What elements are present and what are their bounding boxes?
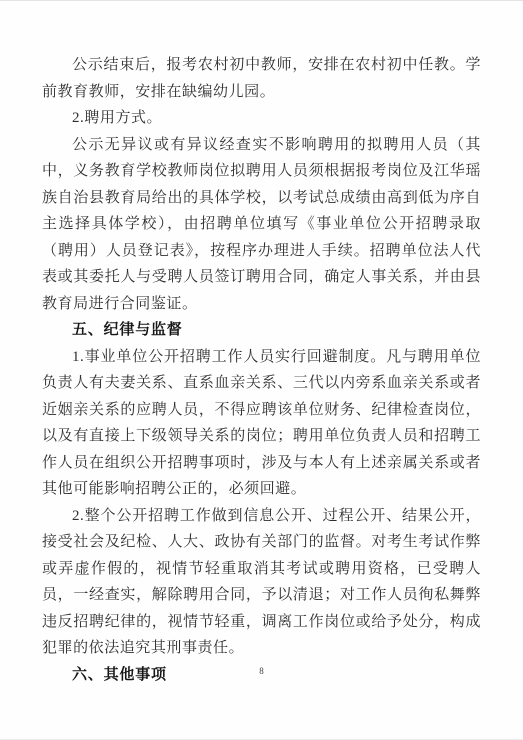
heading-discipline-supervision: 五、纪律与监督 (42, 317, 481, 344)
para-hiring-method-label: 2.聘用方式。 (42, 105, 481, 132)
para-hiring-procedure: 公示无异议或有异议经查实不影响聘用的拟聘用人员（其中，义务教育学校教师岗位拟聘用… (42, 132, 481, 318)
para-after-publicity: 公示结束后，报考农村初中教师，安排在农村初中任教。学前教育教师，安排在缺编幼儿园… (42, 52, 481, 105)
document-page: 公示结束后，报考农村初中教师，安排在农村初中任教。学前教育教师，安排在缺编幼儿园… (0, 0, 523, 740)
para-openness-supervision: 2.整个公开招聘工作做到信息公开、过程公开、结果公开，接受社会及纪检、人大、政协… (42, 503, 481, 662)
page-number: 8 (0, 666, 523, 676)
para-recusal-policy: 1.事业单位公开招聘工作人员实行回避制度。凡与聘用单位负责人有夫妻关系、直系血亲… (42, 344, 481, 503)
